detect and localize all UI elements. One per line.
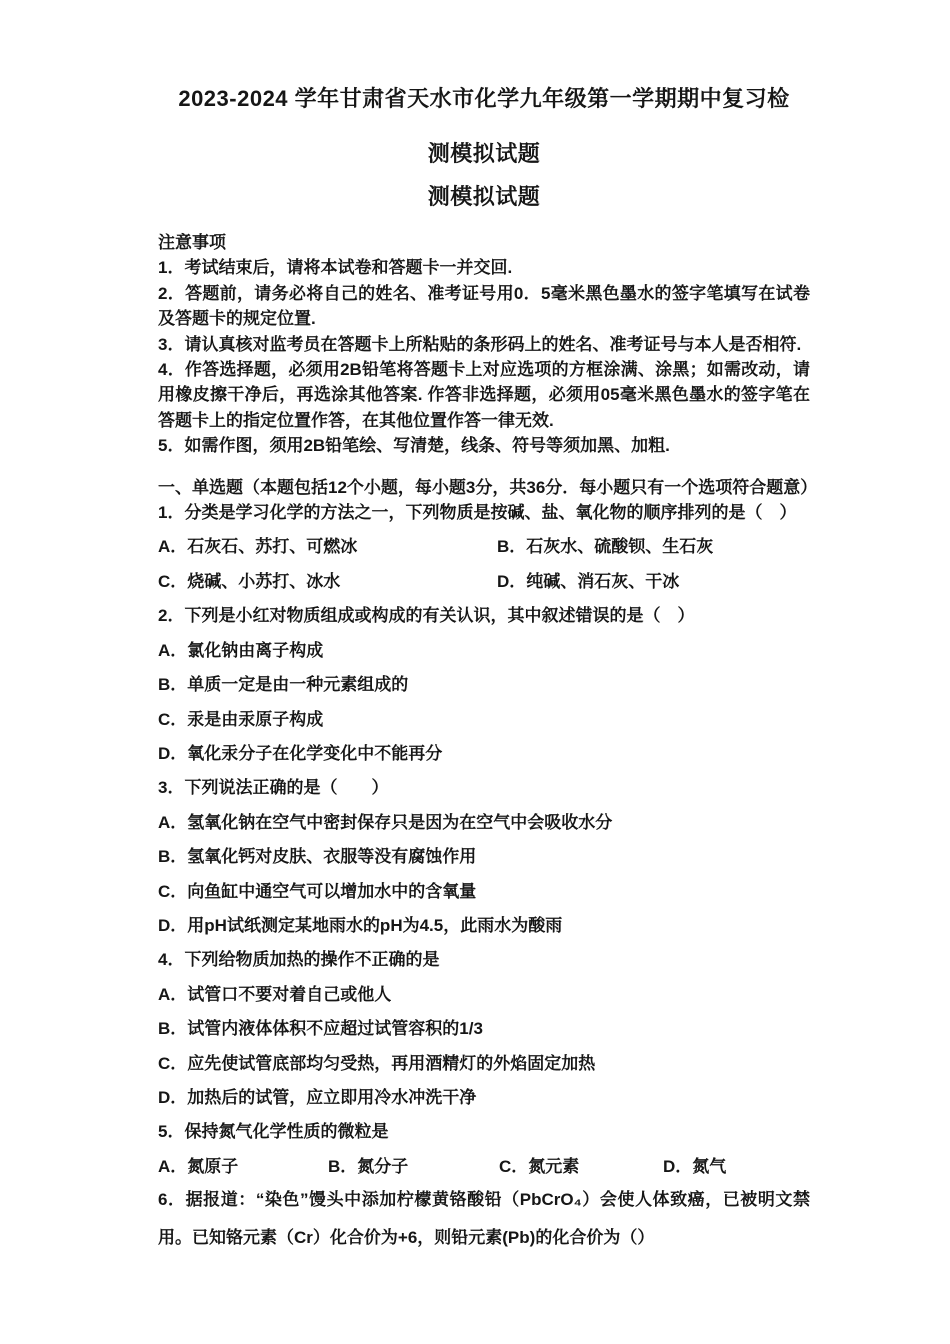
notice-item-5: 5．如需作图，须用2B铅笔绘、写清楚，线条、符号等须加黑、加粗.	[158, 433, 810, 458]
question-4: 4．下列给物质加热的操作不正确的是 A．试管口不要对着自己或他人 B．试管内液体…	[158, 947, 810, 1110]
option-row: A．石灰石、苏打、可燃冰 B．石灰水、硫酸钡、生石灰	[158, 534, 810, 559]
notice-item-2: 2．答题前，请务必将自己的姓名、准考证号用0．5毫米黑色墨水的签字笔填写在试卷及…	[158, 281, 810, 332]
question-3-stem: 3．下列说法正确的是（ ）	[158, 775, 810, 800]
question-3: 3．下列说法正确的是（ ） A．氢氧化钠在空气中密封保存只是因为在空气中会吸收水…	[158, 775, 810, 938]
question-2-option-b: B．单质一定是由一种元素组成的	[158, 672, 810, 697]
question-1-option-a: A．石灰石、苏打、可燃冰	[158, 534, 497, 559]
question-6-stem: 6．据报道：“染色”馒头中添加柠檬黄铬酸铅（PbCrO₄）会使人体致癌，已被明文…	[158, 1181, 810, 1257]
question-1-option-c: C．烧碱、小苏打、冰水	[158, 569, 497, 594]
question-5-stem: 5．保持氮气化学性质的微粒是	[158, 1119, 810, 1144]
question-4-option-b: B．试管内液体体积不应超过试管容积的1/3	[158, 1016, 810, 1041]
question-5-option-d: D．氮气	[663, 1154, 726, 1179]
question-2: 2．下列是小红对物质组成或构成的有关认识，其中叙述错误的是（ ） A．氯化钠由离…	[158, 603, 810, 766]
question-1: 1．分类是学习化学的方法之一，下列物质是按碱、盐、氧化物的顺序排列的是（ ） A…	[158, 500, 810, 594]
question-5-option-a: A．氮原子	[158, 1154, 328, 1179]
question-2-stem: 2．下列是小红对物质组成或构成的有关认识，其中叙述错误的是（ ）	[158, 603, 810, 628]
question-3-option-d: D．用pH试纸测定某地雨水的pH为4.5，此雨水为酸雨	[158, 913, 810, 938]
section-heading: 一、单选题（本题包括12个小题，每小题3分，共36分．每小题只有一个选项符合题意…	[158, 475, 810, 500]
question-3-option-c: C．向鱼缸中通空气可以增加水中的含氧量	[158, 879, 810, 904]
paper-title-line3: 测模拟试题	[158, 184, 810, 210]
question-6: 6．据报道：“染色”馒头中添加柠檬黄铬酸铅（PbCrO₄）会使人体致癌，已被明文…	[158, 1181, 810, 1257]
notice-item-1: 1．考试结束后，请将本试卷和答题卡一并交回.	[158, 255, 810, 280]
notice-heading: 注意事项	[158, 230, 810, 255]
question-1-stem: 1．分类是学习化学的方法之一，下列物质是按碱、盐、氧化物的顺序排列的是（ ）	[158, 500, 810, 525]
exam-paper-page: 2023-2024 学年甘肃省天水市化学九年级第一学期期中复习检 测模拟试题 测…	[0, 0, 950, 1344]
question-3-option-a: A．氢氧化钠在空气中密封保存只是因为在空气中会吸收水分	[158, 810, 810, 835]
question-5: 5．保持氮气化学性质的微粒是 A．氮原子 B．氮分子 C．氮元素 D．氮气	[158, 1119, 810, 1179]
question-4-stem: 4．下列给物质加热的操作不正确的是	[158, 947, 810, 972]
question-2-option-a: A．氯化钠由离子构成	[158, 638, 810, 663]
paper-title-line2: 测模拟试题	[158, 141, 810, 167]
question-3-option-b: B．氢氧化钙对皮肤、衣服等没有腐蚀作用	[158, 844, 810, 869]
option-row: A．氮原子 B．氮分子 C．氮元素 D．氮气	[158, 1154, 810, 1179]
paper-title-line1: 2023-2024 学年甘肃省天水市化学九年级第一学期期中复习检	[158, 0, 810, 112]
question-5-option-c: C．氮元素	[499, 1154, 663, 1179]
option-row: C．烧碱、小苏打、冰水 D．纯碱、消石灰、干冰	[158, 569, 810, 594]
page-content: 2023-2024 学年甘肃省天水市化学九年级第一学期期中复习检 测模拟试题 测…	[158, 0, 810, 1257]
question-4-option-c: C．应先使试管底部均匀受热，再用酒精灯的外焰固定加热	[158, 1051, 810, 1076]
question-2-option-d: D．氧化汞分子在化学变化中不能再分	[158, 741, 810, 766]
question-1-option-b: B．石灰水、硫酸钡、生石灰	[497, 534, 713, 559]
notice-item-4: 4．作答选择题，必须用2B铅笔将答题卡上对应选项的方框涂满、涂黑；如需改动，请用…	[158, 357, 810, 433]
notice-section: 注意事项 1．考试结束后，请将本试卷和答题卡一并交回. 2．答题前，请务必将自己…	[158, 230, 810, 459]
question-1-option-d: D．纯碱、消石灰、干冰	[497, 569, 679, 594]
question-5-option-b: B．氮分子	[328, 1154, 499, 1179]
notice-item-3: 3．请认真核对监考员在答题卡上所粘贴的条形码上的姓名、准考证号与本人是否相符.	[158, 332, 810, 357]
question-2-option-c: C．汞是由汞原子构成	[158, 707, 810, 732]
question-4-option-d: D．加热后的试管，应立即用冷水冲洗干净	[158, 1085, 810, 1110]
question-4-option-a: A．试管口不要对着自己或他人	[158, 982, 810, 1007]
